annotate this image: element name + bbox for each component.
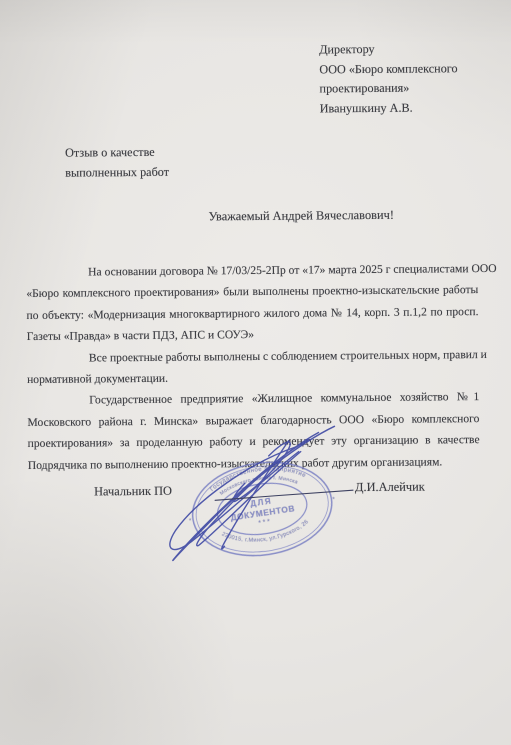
body-line: Все проектные работы выполнены с соблюде…: [27, 344, 479, 369]
signature-name: Д.И.Алейчик: [355, 480, 425, 496]
subject-block: Отзыв о качестве выполненных работ: [65, 143, 169, 183]
recipient-line: ООО «Бюро комплексного: [319, 59, 457, 80]
company-stamp: Государственное предприятие Московского …: [168, 438, 356, 580]
recipient-block: Директору ООО «Бюро комплексного проекти…: [319, 39, 458, 119]
letter-body: На основании договора № 17/03/25-2Пр от …: [26, 258, 480, 476]
stamp-side-star-left: *: [189, 518, 193, 524]
signature-title: Начальник ПО: [94, 484, 172, 500]
svg-text:* * *: * * *: [258, 518, 271, 527]
recipient-line: проектирования»: [319, 78, 457, 99]
recipient-line: Директору: [319, 39, 457, 60]
stamp-side-star-right: *: [332, 497, 336, 503]
subject-line: Отзыв о качестве: [65, 143, 169, 163]
stamp-stars-row: * * *: [258, 518, 271, 527]
stamp-graphic: Государственное предприятие Московского …: [168, 438, 356, 580]
salutation: Уважаемый Андрей Вячеславович!: [209, 208, 394, 225]
body-line: по объекту: «Модернизация многоквартирно…: [26, 301, 478, 326]
recipient-line: Иванушкину А.В.: [320, 98, 458, 119]
document-photo: Директору ООО «Бюро комплексного проекти…: [0, 0, 511, 745]
subject-line: выполненных работ: [65, 162, 169, 182]
letter-content: Директору ООО «Бюро комплексного проекти…: [0, 0, 511, 745]
